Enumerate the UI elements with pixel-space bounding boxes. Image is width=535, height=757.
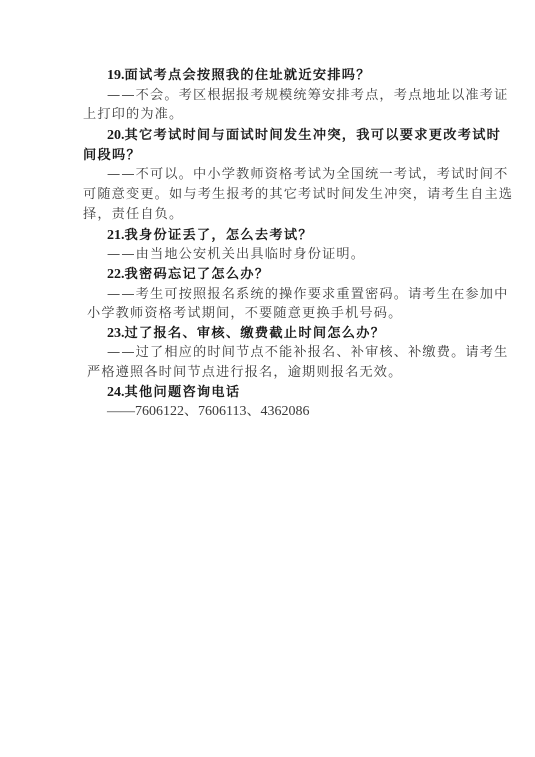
document-page: 19.面试考点会按照我的住址就近安排吗？ ——不会。考区根据报考规模统筹安排考点…	[83, 66, 455, 422]
question-text: 我密码忘记了怎么办？	[125, 267, 270, 282]
question-text: 面试考点会按照我的住址就近安排吗？	[125, 68, 371, 83]
answer-22-line-2: 小学教师资格考试期间，不要随意更换手机号码。	[83, 304, 455, 324]
question-text: 我身份证丢了，怎么去考试？	[125, 228, 313, 243]
question-24: 24.其他问题咨询电话	[83, 383, 455, 403]
answer-21-line-1: ——由当地公安机关出具临时身份证明。	[83, 245, 455, 265]
question-number: 23.	[107, 326, 125, 341]
question-23: 23.过了报名、审核、缴费截止时间怎么办？	[83, 324, 455, 344]
answer-23-line-1: ——过了相应的时间节点不能补报名、补审核、补缴费。请考生	[83, 343, 455, 363]
answer-23-line-2: 严格遵照各时间节点进行报名，逾期则报名无效。	[83, 363, 455, 383]
question-22: 22.我密码忘记了怎么办？	[83, 265, 455, 285]
question-number: 20.	[107, 128, 125, 143]
question-20-line-2: 间段吗？	[83, 146, 455, 166]
question-number: 19.	[107, 68, 125, 83]
answer-19-line-1: ——不会。考区根据报考规模统筹安排考点，考点地址以准考证	[83, 86, 455, 106]
question-number: 21.	[107, 228, 125, 243]
phone-numbers: ——7606122、7606113、4362086	[83, 402, 455, 422]
answer-20-line-1: ——不可以。中小学教师资格考试为全国统一考试，考试时间不	[83, 165, 455, 185]
question-number: 22.	[107, 267, 125, 282]
question-19: 19.面试考点会按照我的住址就近安排吗？	[83, 66, 455, 86]
question-21: 21.我身份证丢了，怎么去考试？	[83, 226, 455, 246]
question-text: 过了报名、审核、缴费截止时间怎么办？	[125, 326, 386, 341]
answer-20-line-2: 可随意变更。如与考生报考的其它考试时间发生冲突，请考生自主选	[83, 185, 455, 205]
question-text: 其它考试时间与面试时间发生冲突，我可以要求更改考试时	[125, 128, 502, 143]
answer-20-line-3: 择，责任自负。	[83, 205, 455, 225]
question-20: 20.其它考试时间与面试时间发生冲突，我可以要求更改考试时	[83, 126, 455, 146]
question-text: 其他问题咨询电话	[125, 385, 241, 400]
question-number: 24.	[107, 385, 125, 400]
answer-19-line-2: 上打印的为准。	[83, 105, 455, 125]
answer-22-line-1: ——考生可按照报名系统的操作要求重置密码。请考生在参加中	[83, 285, 455, 305]
